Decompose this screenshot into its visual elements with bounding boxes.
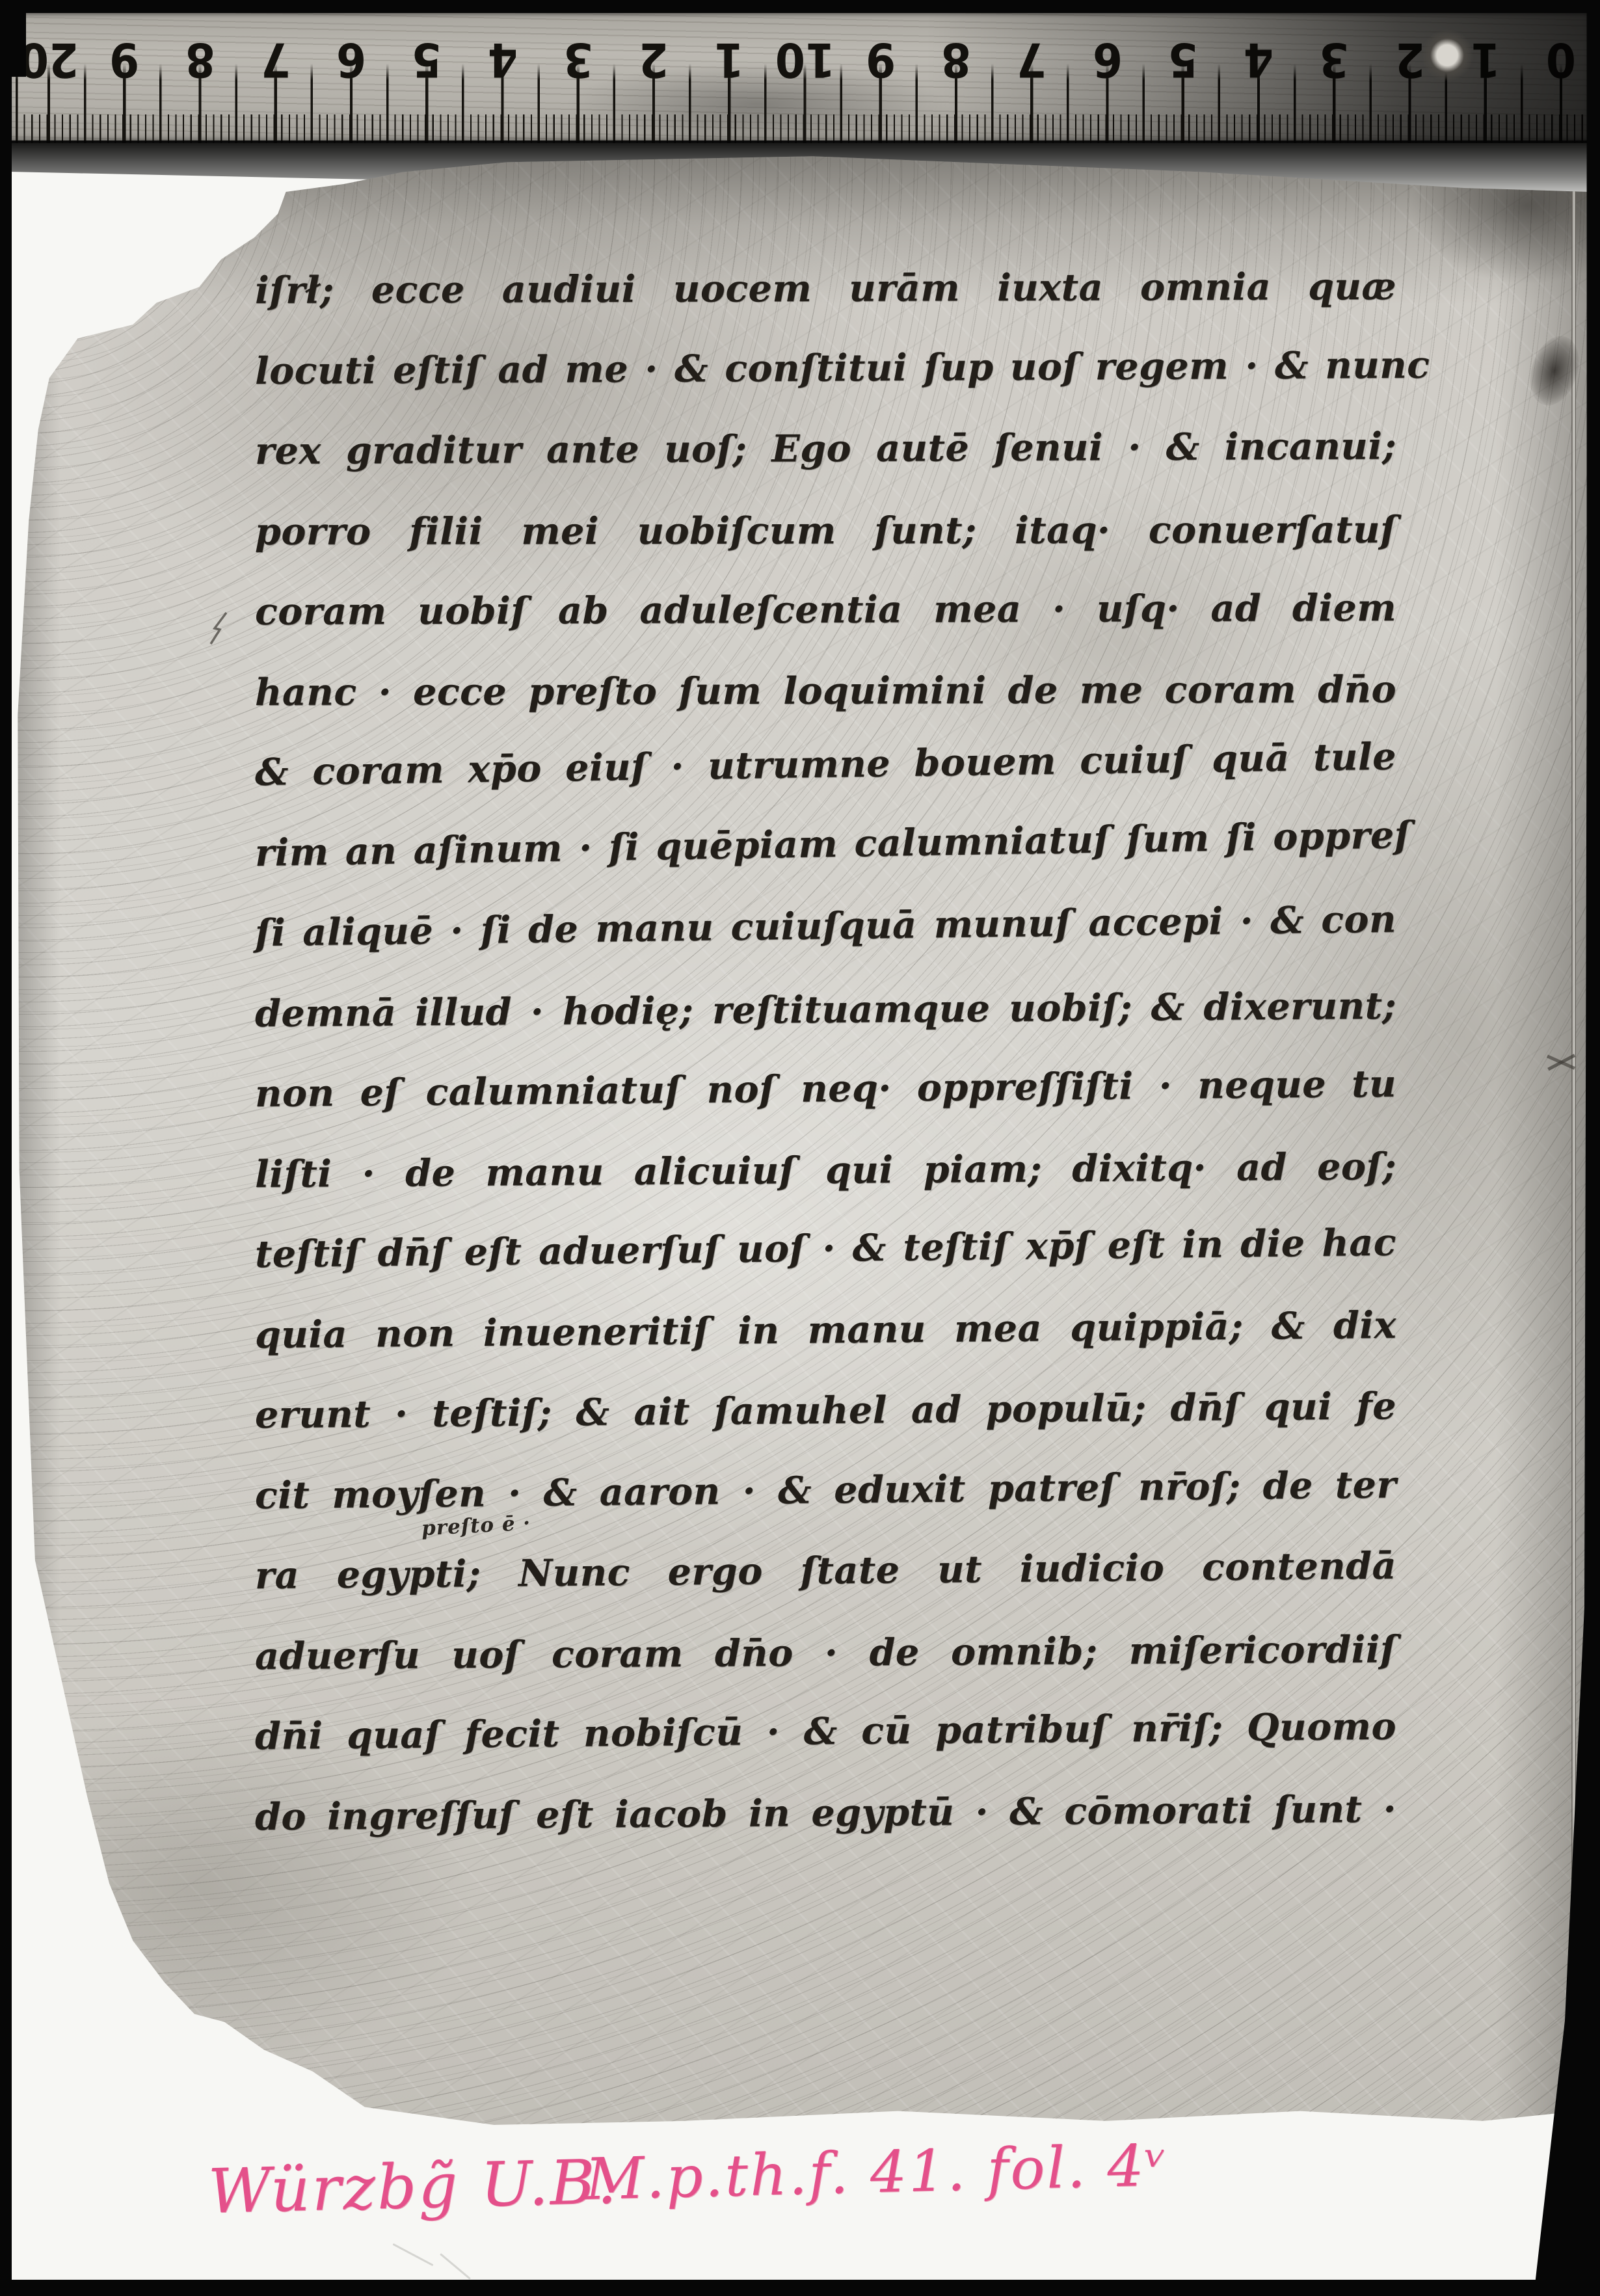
manuscript-text-line: erunt · teſtiſ; & ait ſamuhel ad populū;… bbox=[255, 1366, 1397, 1455]
manuscript-text-line: ſi aliquē · ſi de manu cuiuſquā munuſ ac… bbox=[254, 879, 1396, 973]
manuscript-text-line: quia non inueneritiſ in manu mea quippiā… bbox=[254, 1285, 1396, 1374]
shelfmark-annotation: M.p.th.f. 41. fol. 4ᵛ bbox=[585, 2131, 1169, 2213]
pencil-scribble bbox=[390, 2241, 488, 2280]
manuscript-text-line: non eſ calumniatuſ noſ neq· oppreſſiſti … bbox=[254, 1044, 1396, 1134]
manuscript-text-line: rex graditur ante uoſ; Ego autē ſenui · … bbox=[255, 406, 1397, 491]
manuscript-text-line: liſti · de manu alicuiuſ qui piam; dixit… bbox=[255, 1126, 1397, 1214]
manuscript-text-line: coram uobiſ ab aduleſcentia mea · uſq· a… bbox=[255, 568, 1396, 652]
manuscript-text-line: teſtiſ dn̄ſ eſt aduerſuſ uoſ · & teſtiſ … bbox=[254, 1203, 1396, 1294]
manuscript-text-line: do ingreſſuſ eſt iacob in egyptū · & cōm… bbox=[255, 1769, 1397, 1856]
manuscript-text-line: aduerſu uoſ coram dn̄o · de omnib; miſer… bbox=[255, 1609, 1397, 1696]
ruler-shadow-overlay bbox=[9, 13, 1590, 143]
photo-frame-left bbox=[0, 0, 12, 2296]
pen-trial-mark bbox=[207, 610, 234, 648]
manuscript-text-line: dn̄i quaſ fecit nobiſcū · & cū patribuſ … bbox=[254, 1687, 1396, 1776]
manuscript-text-line: porro filii mei uobiſcum ſunt; itaq· con… bbox=[255, 489, 1396, 571]
manuscript-text-block: iſrł; ecce audiui uocem urām iuxta omnia… bbox=[255, 250, 1400, 1876]
photo-frame-top bbox=[0, 0, 1600, 13]
manuscript-photo: 20 9 8 7 6 5 4 3 2 1 10 9 8 7 6 5 bbox=[0, 0, 1600, 2296]
manuscript-text-line: demnā illud · hodię; reſtituamque uobiſ;… bbox=[255, 965, 1397, 1053]
ruler-hanging-hole bbox=[1421, 29, 1473, 81]
photo-frame-bottom bbox=[0, 2280, 1600, 2296]
manuscript-text-line: iſrł; ecce audiui uocem urām iuxta omnia… bbox=[255, 247, 1396, 330]
manuscript-text-line: locuti eſtiſ ad me · & conſtitui ſup uoſ… bbox=[255, 325, 1397, 410]
library-annotation: Würzbg̃ U.B. bbox=[207, 2146, 619, 2227]
